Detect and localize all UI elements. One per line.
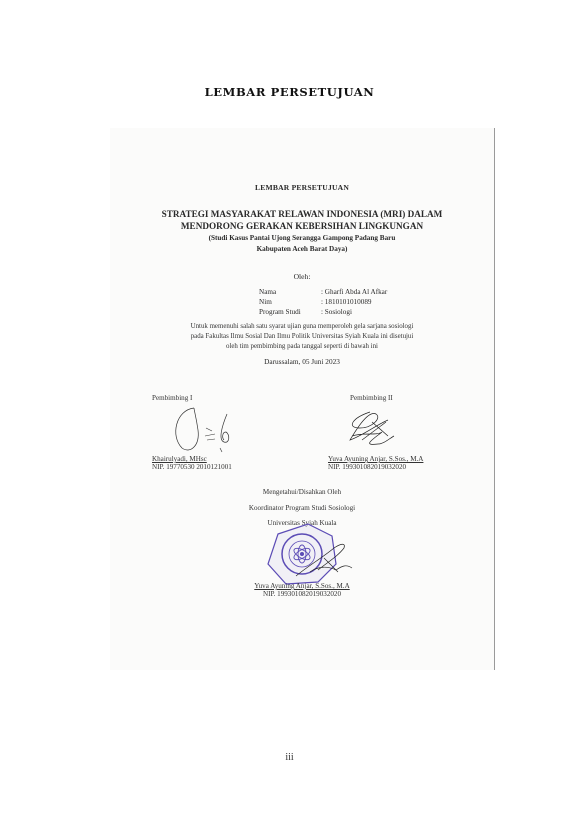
coordinator-signature-icon [288, 536, 368, 586]
identity-row-program: Program Studi : Sosiologi [259, 307, 387, 317]
advisor2-signature-icon [342, 410, 402, 450]
student-identity: Nama : Gharfi Abda Al Afkar Nim : 181010… [259, 287, 387, 317]
thesis-title-line1: STRATEGI MASYARAKAT RELAWAN INDONESIA (M… [110, 209, 494, 219]
identity-value: : Sosiologi [321, 307, 352, 317]
identity-label: Nim [259, 297, 321, 307]
paragraph-line: pada Fakultas Ilmu Sosial Dan Ilmu Polit… [110, 332, 494, 342]
thesis-subtitle-line1: (Studi Kasus Pantai Ujong Serangga Gampo… [110, 234, 494, 242]
paragraph-line: oleh tim pembimbing pada tanggal seperti… [110, 342, 494, 352]
advisor2-label: Pembimbing II [350, 394, 393, 402]
approval-date: Darussalam, 05 Juni 2023 [110, 357, 494, 366]
scanned-approval-sheet: LEMBAR PERSETUJUAN STRATEGI MASYARAKAT R… [110, 128, 495, 670]
identity-row-name: Nama : Gharfi Abda Al Afkar [259, 287, 387, 297]
oleh-label: Oleh: [110, 272, 494, 281]
page-heading: LEMBAR PERSETUJUAN [0, 85, 579, 99]
thesis-title-line2: MENDORONG GERAKAN KEBERSIHAN LINGKUNGAN [110, 221, 494, 231]
identity-row-nim: Nim : 1810101010089 [259, 297, 387, 307]
coordinator-nip: NIP. 199301082019032020 [110, 590, 494, 598]
advisor1-name: Khairulyadi, MHsc [152, 455, 207, 463]
advisor1-nip: NIP. 19770530 2010121001 [152, 463, 232, 471]
identity-value: : Gharfi Abda Al Afkar [321, 287, 387, 297]
scan-header: LEMBAR PERSETUJUAN [110, 183, 494, 192]
identity-value: : 1810101010089 [321, 297, 372, 307]
advisor1-label: Pembimbing I [152, 394, 192, 402]
identity-label: Nama [259, 287, 321, 297]
thesis-subtitle-line2: Kabupaten Aceh Barat Daya) [110, 245, 494, 253]
approval-paragraph: Untuk memenuhi salah satu syarat ujian g… [110, 322, 494, 352]
page-number: iii [0, 752, 579, 763]
advisor2-name: Yuva Ayuning Anjar, S.Sos., M.A [328, 455, 423, 463]
coordinator-name: Yuva Ayuning Anjar, S.Sos., M.A [110, 582, 494, 590]
identity-label: Program Studi [259, 307, 321, 317]
advisor2-nip: NIP. 199301082019032020 [328, 463, 406, 471]
approval-line1: Mengetahui/Disahkan Oleh [110, 488, 494, 496]
paragraph-line: Untuk memenuhi salah satu syarat ujian g… [110, 322, 494, 332]
approval-line2: Koordinator Program Studi Sosiologi [110, 504, 494, 512]
advisor1-signature-icon [172, 406, 242, 456]
